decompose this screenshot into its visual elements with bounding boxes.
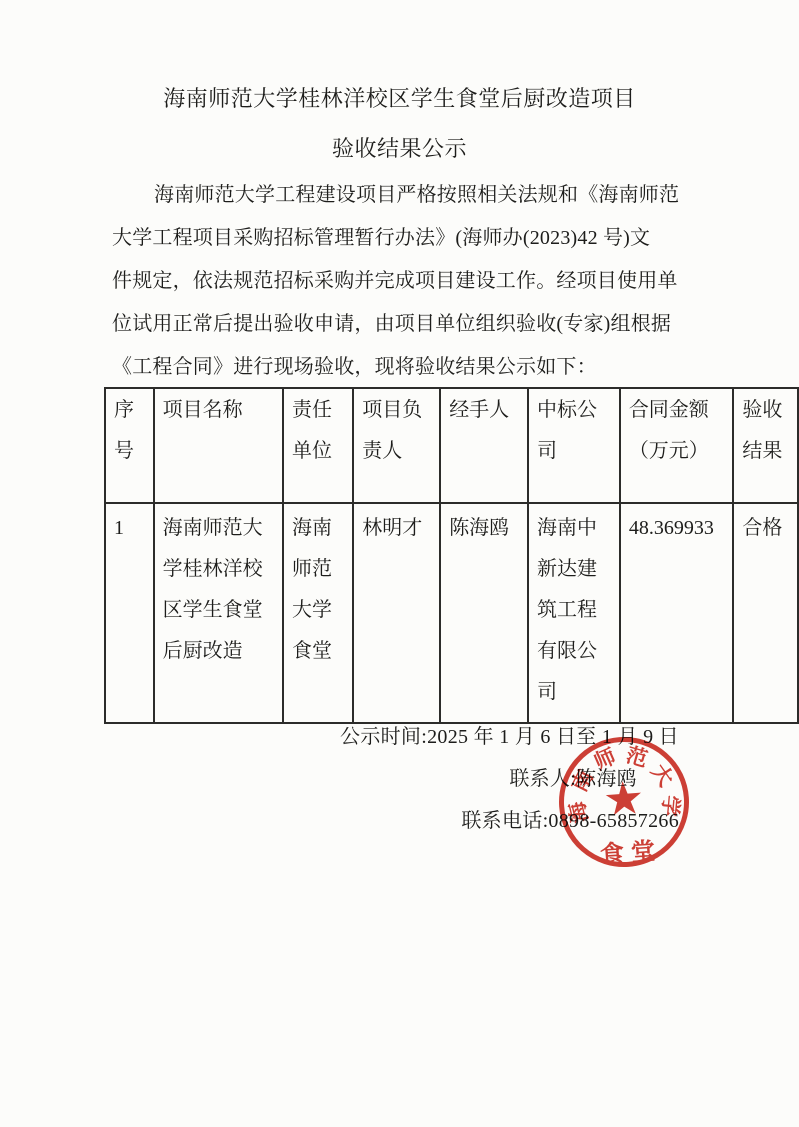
cell-handler: 陈海鸥 xyxy=(440,503,528,723)
header-row: 序号项目名称责任单位项目负责人经手人中标公司合同金额（万元）验收结果 xyxy=(105,388,798,503)
title-line-1: 海南师范大学桂林洋校区学生食堂后厨改造项目 xyxy=(0,74,799,124)
cell-line: 食堂 xyxy=(292,631,348,672)
header-cell-project_leader: 项目负责人 xyxy=(353,388,440,503)
cell-line: 海南中 xyxy=(537,508,615,549)
header-line: 项目名称 xyxy=(163,390,278,431)
header-cell-contract_amount: 合同金额（万元） xyxy=(620,388,734,503)
header-line: 单位 xyxy=(292,431,348,472)
header-line: 经手人 xyxy=(449,390,523,431)
cell-project_leader: 林明才 xyxy=(353,503,440,723)
cell-line: 有限公 xyxy=(537,631,615,672)
table-row: 1海南师范大学桂林洋校区学生食堂后厨改造海南师范大学食堂林明才陈海鸥海南中新达建… xyxy=(105,503,798,723)
header-line: 合同金额 xyxy=(629,390,729,431)
cell-line: 1 xyxy=(114,508,149,549)
cell-line: 海南 xyxy=(292,508,348,549)
cell-line: 大学 xyxy=(292,590,348,631)
official-stamp: 海南师范大学 ★ 食堂 xyxy=(555,733,694,872)
header-line: 号 xyxy=(114,431,149,472)
cell-line: 筑工程 xyxy=(537,590,615,631)
notice-paragraph: 海南师范大学工程建设项目严格按照相关法规和《海南师范大学工程项目采购招标管理暂行… xyxy=(112,174,694,389)
header-line: （万元） xyxy=(629,431,729,472)
cell-line: 新达建 xyxy=(537,549,615,590)
cell-line: 师范 xyxy=(292,549,348,590)
cell-responsible_unit: 海南师范大学食堂 xyxy=(283,503,353,723)
paragraph-line: 大学工程项目采购招标管理暂行办法》(海师办(2023)42 号)文 xyxy=(112,217,694,260)
header-line: 中标公 xyxy=(537,390,615,431)
header-cell-handler: 经手人 xyxy=(440,388,528,503)
header-line: 责任 xyxy=(292,390,348,431)
stamp-arc-char: 学 xyxy=(659,794,683,818)
scanned-notice-page: 海南师范大学桂林洋校区学生食堂后厨改造项目 验收结果公示 海南师范大学工程建设项… xyxy=(0,0,799,1127)
cell-line: 海南师范大 xyxy=(163,508,278,549)
header-line: 结果 xyxy=(742,431,793,472)
paragraph-line: 海南师范大学工程建设项目严格按照相关法规和《海南师范 xyxy=(112,174,694,217)
cell-index: 1 xyxy=(105,503,154,723)
cell-contract_amount: 48.369933 xyxy=(620,503,734,723)
header-line: 序 xyxy=(114,390,149,431)
header-cell-acceptance_result: 验收结果 xyxy=(733,388,798,503)
header-cell-project_name: 项目名称 xyxy=(154,388,283,503)
header-line: 验收 xyxy=(742,390,793,431)
cell-winning_company: 海南中新达建筑工程有限公司 xyxy=(528,503,620,723)
cell-line: 区学生食堂 xyxy=(163,590,278,631)
cell-line: 学桂林洋校 xyxy=(163,549,278,590)
cell-line: 48.369933 xyxy=(629,508,729,549)
cell-project_name: 海南师范大学桂林洋校区学生食堂后厨改造 xyxy=(154,503,283,723)
title-line-2: 验收结果公示 xyxy=(0,124,799,174)
paragraph-line: 《工程合同》进行现场验收，现将验收结果公示如下： xyxy=(112,346,694,389)
cell-line: 陈海鸥 xyxy=(449,508,523,549)
cell-line: 林明才 xyxy=(362,508,435,549)
header-line: 司 xyxy=(537,431,615,472)
cell-line: 合格 xyxy=(742,508,793,549)
results-table: 序号项目名称责任单位项目负责人经手人中标公司合同金额（万元）验收结果 1海南师范… xyxy=(104,387,799,724)
cell-acceptance_result: 合格 xyxy=(733,503,798,723)
paragraph-line: 件规定，依法规范招标采购并完成项目建设工作。经项目使用单 xyxy=(112,260,694,303)
header-cell-index: 序号 xyxy=(105,388,154,503)
header-line: 项目负 xyxy=(362,390,435,431)
cell-line: 后厨改造 xyxy=(163,631,278,672)
stamp-star-icon: ★ xyxy=(602,774,646,823)
header-cell-responsible_unit: 责任单位 xyxy=(283,388,353,503)
cell-line: 司 xyxy=(537,672,615,713)
page-title: 海南师范大学桂林洋校区学生食堂后厨改造项目 验收结果公示 xyxy=(0,74,799,174)
results-table-body: 1海南师范大学桂林洋校区学生食堂后厨改造海南师范大学食堂林明才陈海鸥海南中新达建… xyxy=(105,503,798,723)
results-table-head: 序号项目名称责任单位项目负责人经手人中标公司合同金额（万元）验收结果 xyxy=(105,388,798,503)
header-cell-winning_company: 中标公司 xyxy=(528,388,620,503)
paragraph-line: 位试用正常后提出验收申请，由项目单位组织验收(专家)组根据 xyxy=(112,303,694,346)
header-line: 责人 xyxy=(362,431,435,472)
